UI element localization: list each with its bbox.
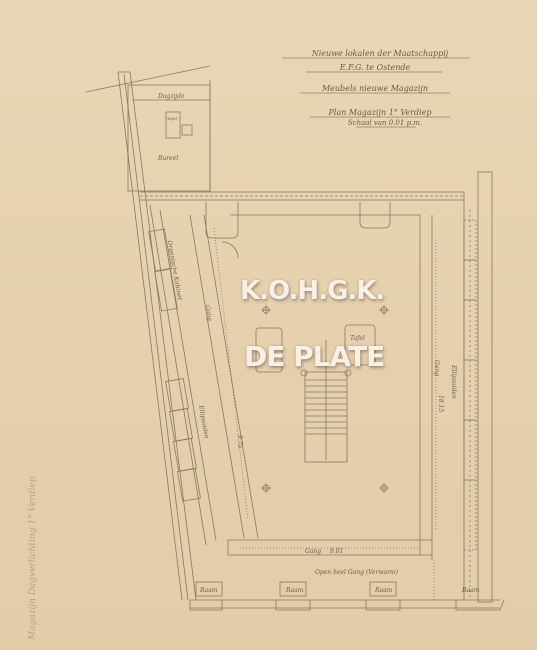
dim-right-gang: 18.15 — [437, 395, 444, 412]
label-ellipsoiden-right: Ellipsoiden — [450, 365, 457, 399]
floor-plan-drawing — [0, 0, 537, 650]
watermark-line-2: DE PLATE — [244, 340, 384, 373]
title-line-3: Meubels nieuwe Magazijn — [305, 84, 445, 93]
label-raam-4: Raam — [462, 587, 480, 594]
paper-sheet: Nieuwe lokalen der Maatschappij E.F.G. t… — [0, 0, 537, 650]
label-open-heel-gang: Open heel Gang (Verwarm) — [315, 569, 398, 576]
label-raam-3: Raam — [375, 587, 393, 594]
title-line-5: Schaal van 0.01 p.m. — [345, 119, 425, 127]
dim-left-gang: 9.75 — [236, 435, 243, 448]
label-raam-1: Raam — [200, 587, 218, 594]
label-tafel-top: Tafel — [167, 116, 177, 121]
dim-bottom-gang: 9.01 — [330, 548, 343, 555]
title-line-2: E.F.G. te Ostende — [310, 63, 440, 72]
margin-note: Magazijn Dagverlichting 1° Verdiep — [28, 477, 38, 640]
watermark-line-1: K.O.H.G.K. — [240, 276, 384, 306]
walls — [86, 66, 504, 610]
label-gang-right: Gang — [433, 360, 440, 376]
title-line-4: Plan Magazijn 1° Verdiep — [315, 108, 445, 117]
title-line-1: Nieuwe lokalen der Maatschappij — [290, 49, 470, 58]
label-gang-bottom: Gang — [305, 548, 321, 555]
label-raam-2: Raam — [286, 587, 304, 594]
label-bureel: Bureel — [158, 155, 178, 162]
label-dagzijde: Dagzijde — [158, 93, 185, 100]
